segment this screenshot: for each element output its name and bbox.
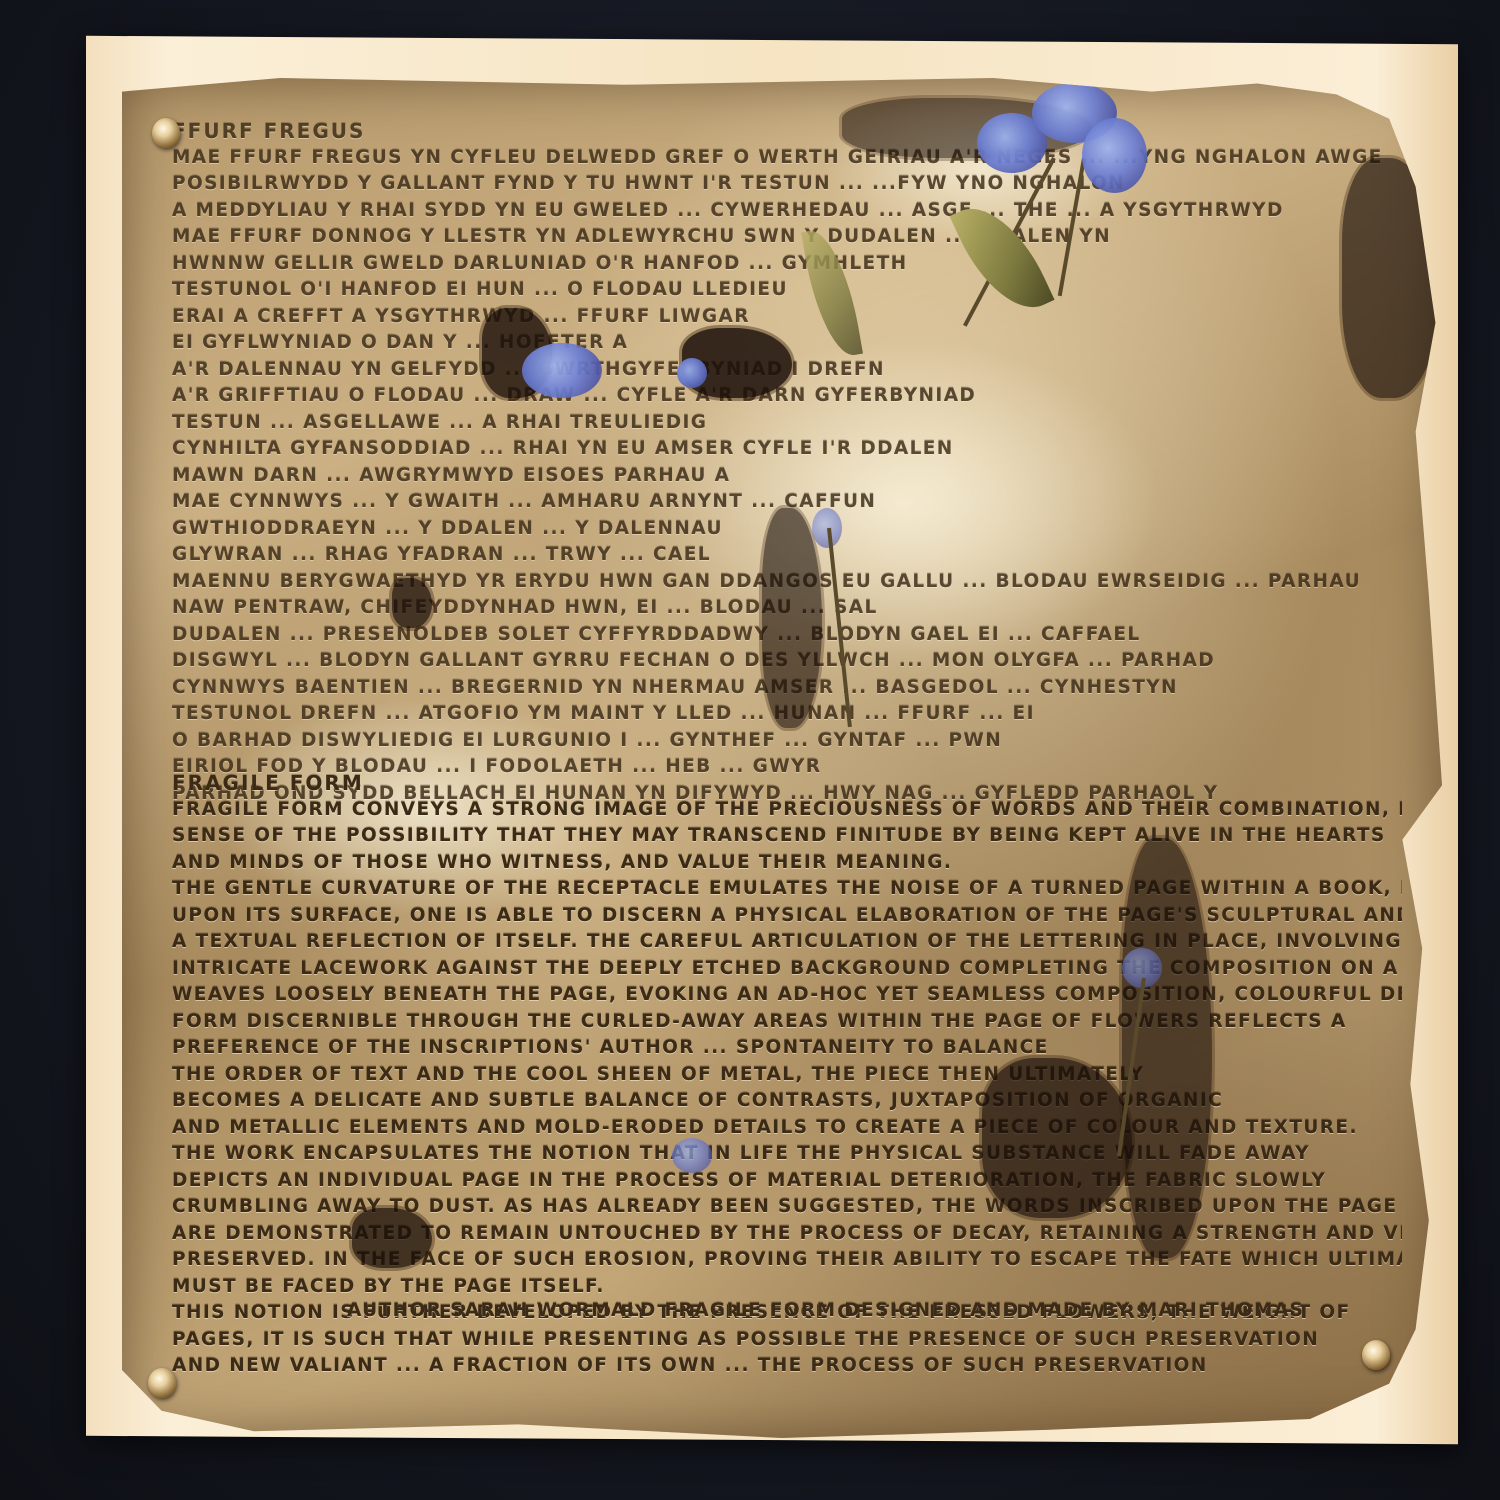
welsh-line: MAE FFURF FREGUS YN CYFLEU DELWEDD GREF …	[172, 145, 1402, 172]
english-line: AND METALLIC ELEMENTS AND MOLD-ERODED DE…	[172, 1115, 1402, 1142]
english-line: PREFERENCE OF THE INSCRIPTIONS' AUTHOR .…	[172, 1035, 1402, 1062]
english-line: MUST BE FACED BY THE PAGE ITSELF.	[172, 1274, 1402, 1301]
forget-me-not-flower	[522, 343, 602, 398]
forget-me-not-flower	[1082, 118, 1147, 193]
english-line: DEPICTS AN INDIVIDUAL PAGE IN THE PROCES…	[172, 1168, 1402, 1195]
english-line: WEAVES LOOSELY BENEATH THE PAGE, EVOKING…	[172, 982, 1402, 1009]
welsh-line: HWNNW GELLIR GWELD DARLUNIAD O'R HANFOD …	[172, 251, 1402, 278]
welsh-line: TESTUNOL O'I HANFOD EI HUN ... O FLODAU …	[172, 277, 1402, 304]
english-line: A TEXTUAL REFLECTION OF ITSELF. THE CARE…	[172, 929, 1402, 956]
corrosion-hole	[392, 578, 432, 628]
brass-plaque: FFURF FREGUS MAE FFURF FREGUS YN CYFLEU …	[122, 78, 1442, 1438]
english-inscription: FRAGILE FORM FRAGILE FORM CONVEYS A STRO…	[172, 770, 1402, 1380]
welsh-line: ERAI A CREFFT A YSGYTHRWYD ... FFURF LIW…	[172, 304, 1402, 331]
corrosion-hole	[982, 1058, 1132, 1218]
welsh-line: A'R GRIFFTIAU O FLODAU ... DRAW ... CYFL…	[172, 383, 1402, 410]
welsh-line: A MEDDYLIAU Y RHAI SYDD YN EU GWELED ...…	[172, 198, 1402, 225]
welsh-heading: FFURF FREGUS	[172, 118, 1402, 145]
english-line: FRAGILE FORM CONVEYS A STRONG IMAGE OF T…	[172, 797, 1402, 824]
credit-line: AUTHOR SARAH WORMALD FRAGILE FORM DESIGN…	[347, 1298, 1442, 1325]
english-line: AND NEW VALIANT ... A FRACTION OF ITS OW…	[172, 1353, 1402, 1380]
welsh-line: MAE FFURF DONNOG Y LLESTR YN ADLEWYRCHU …	[172, 224, 1402, 251]
english-line: INTRICATE LACEWORK AGAINST THE DEEPLY ET…	[172, 956, 1402, 983]
corner-rivet	[1362, 1340, 1390, 1370]
welsh-line: TESTUN ... ASGELLAWE ... A RHAI TREULIED…	[172, 410, 1402, 437]
english-line: SENSE OF THE POSSIBILITY THAT THEY MAY T…	[172, 823, 1402, 850]
welsh-line: O BARHAD DISWYLIEDIG EI LURGUNIO I ... G…	[172, 728, 1402, 755]
author-credit: AUTHOR SARAH WORMALD FRAGILE FORM DESIGN…	[347, 1298, 1442, 1325]
english-line: THE WORK ENCAPSULATES THE NOTION THAT IN…	[172, 1141, 1402, 1168]
welsh-line: CYNHILTA GYFANSODDIAD ... RHAI YN EU AMS…	[172, 436, 1402, 463]
welsh-line: MAWN DARN ... AWGRYMWYD EISOES PARHAU A	[172, 463, 1402, 490]
english-line: UPON ITS SURFACE, ONE IS ABLE TO DISCERN…	[172, 903, 1402, 930]
corrosion-hole	[352, 1208, 432, 1268]
english-line: AND MINDS OF THOSE WHO WITNESS, AND VALU…	[172, 850, 1402, 877]
english-line: THE GENTLE CURVATURE OF THE RECEPTACLE E…	[172, 876, 1402, 903]
english-line: BECOMES A DELICATE AND SUBTLE BALANCE OF…	[172, 1088, 1402, 1115]
english-line: THE ORDER OF TEXT AND THE COOL SHEEN OF …	[172, 1062, 1402, 1089]
forget-me-not-flower	[677, 358, 707, 388]
english-line: PAGES, IT IS SUCH THAT WHILE PRESENTING …	[172, 1327, 1402, 1354]
english-line: FORM DISCERNIBLE THROUGH THE CURLED-AWAY…	[172, 1009, 1402, 1036]
corner-rivet	[152, 118, 180, 148]
corner-rivet	[148, 1368, 176, 1398]
welsh-line: POSIBILRWYDD Y GALLANT FYND Y TU HWNT I'…	[172, 171, 1402, 198]
english-heading: FRAGILE FORM	[172, 770, 1402, 797]
forget-me-not-flower	[672, 1138, 712, 1173]
